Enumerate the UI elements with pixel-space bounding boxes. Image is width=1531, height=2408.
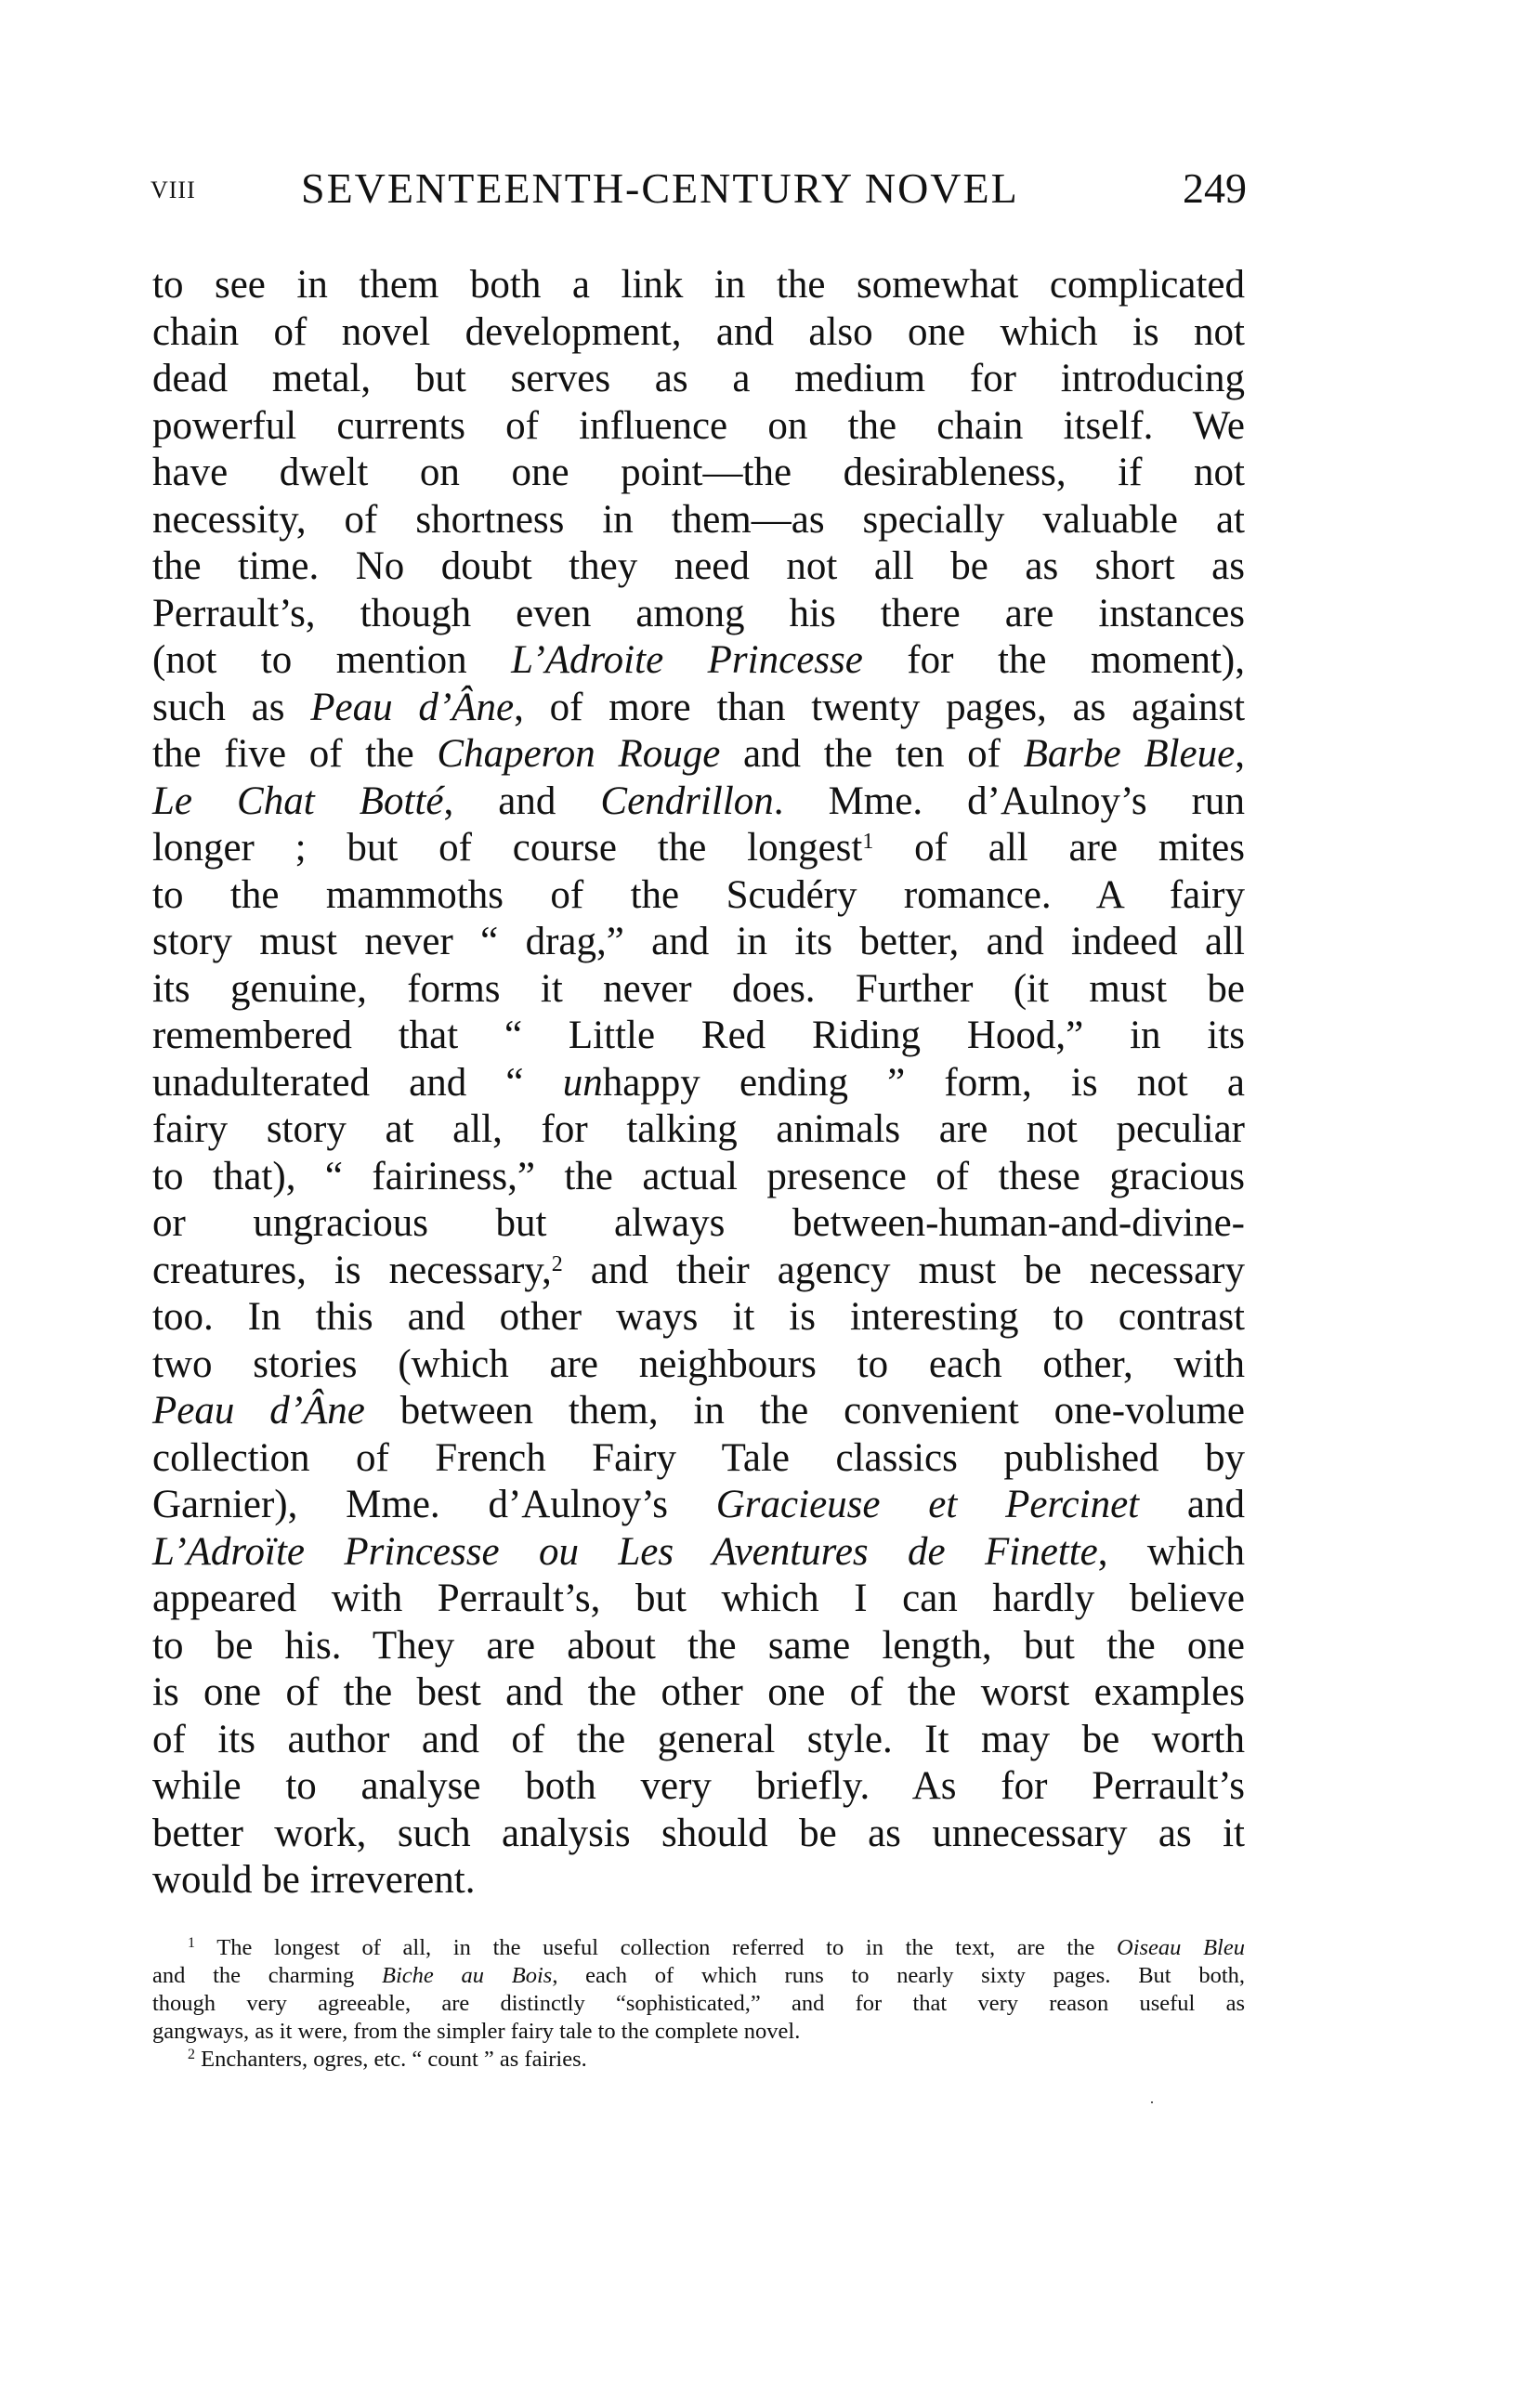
footnote-line: though very agreeable, are distinctly “s… (152, 1990, 1245, 2018)
text-line: the time. No doubt they need not all be … (152, 543, 1245, 591)
text-line: too. In this and other ways it is intere… (152, 1294, 1245, 1341)
text-line: story must never “ drag,” and in its bet… (152, 919, 1245, 966)
text-run: remembered that “ Little Red Riding Hood… (152, 1014, 1245, 1057)
footnote-line: and the charming Biche au Bois, each of … (152, 1962, 1245, 1990)
footnote-marker: 1 (188, 1935, 195, 1951)
text-line: or ungracious but always between-human-a… (152, 1200, 1245, 1248)
text-line: Le Chat Botté, and Cendrillon. Mme. d’Au… (152, 779, 1245, 826)
text-run: Garnier), Mme. d’Aulnoy’s (152, 1483, 716, 1526)
text-line: would be irreverent. (152, 1857, 1245, 1904)
text-line: such as Peau d’Âne, of more than twenty … (152, 685, 1245, 732)
text-run: happy ending ” form, is not a (603, 1061, 1245, 1105)
text-run: for the moment), (863, 638, 1245, 682)
footnote-marker: 2 (188, 2047, 195, 2062)
text-run: or ungracious but always between-human-a… (152, 1201, 1245, 1245)
italic-title: Biche au Bois (382, 1963, 552, 1988)
text-run: . Mme. d’Aulnoy’s run (774, 779, 1245, 823)
text-run: and the ten of (720, 732, 1023, 776)
italic-title: Gracieuse et Percinet (716, 1483, 1139, 1526)
text-line: appeared with Perrault’s, but which I ca… (152, 1576, 1245, 1623)
text-run: fairy story at all, for talking animals … (152, 1107, 1245, 1151)
text-run: powerful currents of influence on the ch… (152, 404, 1245, 448)
italic-title: L’Adroïte Princesse ou Les Aventures de … (152, 1530, 1098, 1574)
footnote-marker: 2 (552, 1252, 563, 1276)
text-line: L’Adroïte Princesse ou Les Aventures de … (152, 1529, 1245, 1577)
text-line: to be his. They are about the same lengt… (152, 1623, 1245, 1670)
text-run: Perrault’s, though even among his there … (152, 592, 1245, 635)
text-run: to that), “ fairiness,” the actual prese… (152, 1155, 1245, 1198)
text-run: of its author and of the general style. … (152, 1718, 1245, 1761)
text-line: chain of novel development, and also one… (152, 309, 1245, 357)
text-run: too. In this and other ways it is intere… (152, 1295, 1245, 1339)
text-run: the time. No doubt they need not all be … (152, 544, 1245, 588)
text-run: , which (1098, 1530, 1245, 1574)
text-line: is one of the best and the other one of … (152, 1669, 1245, 1717)
text-line: two stories (which are neighbours to eac… (152, 1341, 1245, 1389)
text-line: better work, such analysis should be as … (152, 1811, 1245, 1858)
text-run: the five of the (152, 732, 437, 776)
text-run: have dwelt on one point—the desirablenes… (152, 451, 1245, 494)
chapter-number: VIII (150, 177, 196, 204)
text-run: is one of the best and the other one of … (152, 1670, 1245, 1714)
text-line: its genuine, forms it never does. Furthe… (152, 966, 1245, 1014)
running-title: SEVENTEENTH-CENTURY NOVEL (301, 164, 1019, 213)
text-line: necessity, of shortness in them—as speci… (152, 497, 1245, 544)
text-line: to the mammoths of the Scudéry romance. … (152, 872, 1245, 920)
text-run: and (1139, 1483, 1245, 1526)
text-run: though very agreeable, are distinctly “s… (152, 1991, 1245, 2016)
text-run: , of more than twenty pages, as against (514, 686, 1245, 729)
italic-title: L’Adroite Princesse (511, 638, 863, 682)
footnote-line: 2 Enchanters, ogres, etc. “ count ” as f… (152, 2046, 1245, 2074)
text-run: to see in them both a link in the somewh… (152, 263, 1245, 307)
text-run: story must never “ drag,” and in its bet… (152, 920, 1245, 963)
text-line: (not to mention L’Adroite Princesse for … (152, 637, 1245, 685)
page-number: 249 (1183, 164, 1247, 213)
text-run: , (1235, 732, 1245, 776)
text-line: have dwelt on one point—the desirablenes… (152, 450, 1245, 497)
italic-title: Cendrillon (600, 779, 773, 823)
running-header: VIII SEVENTEENTH-CENTURY NOVEL 249 (150, 164, 1247, 219)
text-line: Perrault’s, though even among his there … (152, 591, 1245, 638)
footnotes: 1 The longest of all, in the useful coll… (152, 1934, 1245, 2074)
text-run: creatures, is necessary, (152, 1249, 552, 1292)
footnote-line: 1 The longest of all, in the useful coll… (152, 1934, 1245, 1962)
text-run: of all are mites (873, 826, 1245, 870)
text-line: longer ; but of course the longest1 of a… (152, 825, 1245, 872)
text-run: to be his. They are about the same lengt… (152, 1624, 1245, 1668)
italic-title: Le Chat Botté (152, 779, 443, 823)
italic-title: Barbe Bleue (1024, 732, 1236, 776)
text-line: powerful currents of influence on the ch… (152, 403, 1245, 451)
text-line: of its author and of the general style. … (152, 1717, 1245, 1764)
text-line: fairy story at all, for talking animals … (152, 1106, 1245, 1154)
text-line: Peau d’Âne between them, in the convenie… (152, 1388, 1245, 1435)
text-run: and their agency must be necessary (563, 1249, 1245, 1292)
text-run: appeared with Perrault’s, but which I ca… (152, 1577, 1245, 1620)
text-line: Garnier), Mme. d’Aulnoy’s Gracieuse et P… (152, 1482, 1245, 1529)
text-run: Enchanters, ogres, etc. “ count ” as fai… (195, 2047, 587, 2072)
text-run: between them, in the convenient one-volu… (365, 1389, 1245, 1433)
text-run: dead metal, but serves as a medium for i… (152, 357, 1245, 400)
italic-title: un (563, 1061, 603, 1105)
text-run: to the mammoths of the Scudéry romance. … (152, 873, 1245, 917)
body-paragraph: to see in them both a link in the somewh… (152, 262, 1245, 1904)
text-line: unadulterated and “ unhappy ending ” for… (152, 1060, 1245, 1107)
italic-title: Chaperon Rouge (437, 732, 720, 776)
text-line: while to analyse both very briefly. As f… (152, 1763, 1245, 1811)
text-run: unadulterated and “ (152, 1061, 563, 1105)
scan-speck (1151, 2101, 1153, 2103)
text-run: two stories (which are neighbours to eac… (152, 1342, 1245, 1386)
footnote-marker: 1 (862, 830, 873, 854)
text-run: , and (443, 779, 600, 823)
text-run: would be irreverent. (152, 1858, 475, 1902)
text-run: collection of French Fairy Tale classics… (152, 1436, 1245, 1480)
text-line: the five of the Chaperon Rouge and the t… (152, 731, 1245, 779)
text-run: (not to mention (152, 638, 511, 682)
text-line: collection of French Fairy Tale classics… (152, 1435, 1245, 1483)
italic-title: Peau d’Âne (310, 686, 514, 729)
text-run: gangways, as it were, from the simpler f… (152, 2019, 800, 2044)
text-line: creatures, is necessary,2 and their agen… (152, 1248, 1245, 1295)
text-run: and the charming (152, 1963, 382, 1988)
text-line: to that), “ fairiness,” the actual prese… (152, 1154, 1245, 1201)
text-run: necessity, of shortness in them—as speci… (152, 498, 1245, 542)
text-line: remembered that “ Little Red Riding Hood… (152, 1013, 1245, 1060)
text-run: better work, such analysis should be as … (152, 1812, 1245, 1855)
text-line: to see in them both a link in the somewh… (152, 262, 1245, 309)
text-run: The longest of all, in the useful collec… (195, 1935, 1117, 1960)
text-line: dead metal, but serves as a medium for i… (152, 356, 1245, 403)
text-run: while to analyse both very briefly. As f… (152, 1764, 1245, 1808)
text-run: longer ; but of course the longest (152, 826, 862, 870)
text-run: its genuine, forms it never does. Furthe… (152, 967, 1245, 1011)
text-run: such as (152, 686, 310, 729)
italic-title: Oiseau Bleu (1117, 1935, 1245, 1960)
italic-title: Peau d’Âne (152, 1389, 365, 1433)
text-run: chain of novel development, and also one… (152, 310, 1245, 354)
text-run: , each of which runs to nearly sixty pag… (552, 1963, 1245, 1988)
footnote-line: gangways, as it were, from the simpler f… (152, 2018, 1245, 2046)
